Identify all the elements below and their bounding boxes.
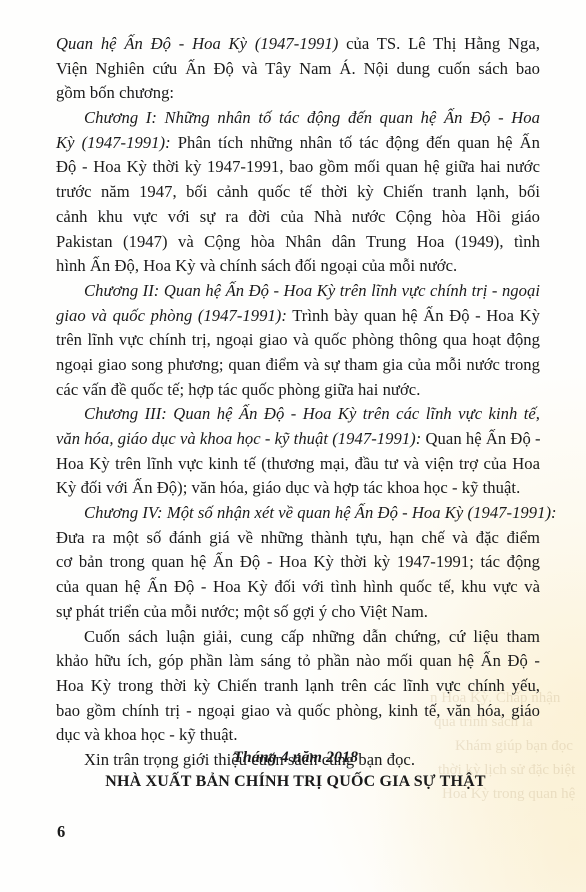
text-run: ngoại giao song phương; quan điểm và sự … bbox=[56, 355, 540, 374]
paragraph-chapter-4: Chương IV: Một số nhận xét về quan hệ Ấn… bbox=[56, 501, 540, 624]
text-line: cơ bản trong quan hệ Ấn Độ - Hoa Kỳ thời… bbox=[56, 550, 540, 575]
text-line: Kỳ (1947-1991): Phân tích những nhân tố … bbox=[56, 131, 540, 156]
text-run: sự phát triển của mỗi nước; một số gợi ý… bbox=[56, 602, 428, 621]
book-page: n Hoa Kỳ. Chấp nhận quá trình sách là Kh… bbox=[0, 0, 586, 892]
text-run: trên lĩnh vực chính trị, ngoại giao và q… bbox=[56, 330, 540, 349]
text-line: khảo hữu ích, góp phần làm sáng tỏ phần … bbox=[56, 649, 540, 674]
text-run: bao gồm chính trị - ngoại giao và quốc p… bbox=[56, 701, 540, 720]
publisher-name: NHÀ XUẤT BẢN CHÍNH TRỊ QUỐC GIA SỰ THẬT bbox=[0, 773, 586, 791]
italic-run: Chương IV: Một số nhận xét về quan hệ Ấn… bbox=[84, 503, 557, 522]
text-line: ngoại giao song phương; quan điểm và sự … bbox=[56, 353, 540, 378]
text-line: của quan hệ Ấn Độ - Hoa Kỳ đối với tình … bbox=[56, 575, 540, 600]
text-run: dục và khoa học - kỹ thuật. bbox=[56, 725, 238, 744]
text-line: Cuốn sách luận giải, cung cấp những dẫn … bbox=[56, 625, 540, 650]
italic-run: Kỳ (1947-1991): bbox=[56, 133, 171, 152]
text-line: Hoa Kỳ trên lĩnh vực kinh tế (thương mại… bbox=[56, 452, 540, 477]
paragraph-chapter-1: Chương I: Những nhân tố tác động đến qua… bbox=[56, 106, 540, 279]
text-line: bao gồm chính trị - ngoại giao và quốc p… bbox=[56, 699, 540, 724]
text-line: Hoa Kỳ trong thời kỳ Chiến tranh lạnh tr… bbox=[56, 674, 540, 699]
text-line: Độ - Hoa Kỳ thời kỳ 1947-1991, bao gồm m… bbox=[56, 155, 540, 180]
text-line: Quan hệ Ấn Độ - Hoa Kỳ (1947-1991) của T… bbox=[56, 32, 540, 57]
text-run: của TS. Lê Thị Hằng Nga, bbox=[338, 34, 540, 53]
text-line: Viện Nghiên cứu Ấn Độ và Tây Nam Á. Nội … bbox=[56, 57, 540, 82]
text-run: Hoa Kỳ trên lĩnh vực kinh tế (thương mại… bbox=[56, 454, 540, 473]
text-run: cảnh khu vực với sự ra đời của Nhà nước … bbox=[56, 207, 540, 226]
text-line: hình Ấn Độ, Hoa Kỳ và chính sách đối ngo… bbox=[56, 254, 540, 279]
text-line: Chương I: Những nhân tố tác động đến qua… bbox=[56, 106, 540, 131]
italic-run: Chương III: Quan hệ Ấn Độ - Hoa Kỳ trên … bbox=[84, 404, 540, 423]
text-run: hình Ấn Độ, Hoa Kỳ và chính sách đối ngo… bbox=[56, 256, 457, 275]
italic-run: Chương I: Những nhân tố tác động đến qua… bbox=[84, 108, 540, 127]
text-line: Chương II: Quan hệ Ấn Độ - Hoa Kỳ trên l… bbox=[56, 279, 540, 304]
text-run: Quan hệ Ấn Độ - bbox=[421, 429, 540, 448]
text-line: văn hóa, giáo dục và khoa học - kỹ thuật… bbox=[56, 427, 540, 452]
text-run: Độ - Hoa Kỳ thời kỳ 1947-1991, bao gồm m… bbox=[56, 157, 540, 176]
text-run: trước năm 1947, bối cảnh quốc tế thời kỳ… bbox=[56, 182, 540, 201]
text-line: Kỳ đối với Ấn Độ); văn hóa, giáo dục và … bbox=[56, 476, 540, 501]
text-run: Phân tích những nhân tố tác động đến qua… bbox=[171, 133, 540, 152]
text-line: gồm bốn chương: bbox=[56, 81, 540, 106]
italic-run: Chương II: Quan hệ Ấn Độ - Hoa Kỳ trên l… bbox=[84, 281, 540, 300]
paragraph-intro: Quan hệ Ấn Độ - Hoa Kỳ (1947-1991) của T… bbox=[56, 32, 540, 106]
text-line: Đưa ra một số đánh giá về những thành tự… bbox=[56, 526, 540, 551]
text-run: Kỳ đối với Ấn Độ); văn hóa, giáo dục và … bbox=[56, 478, 520, 497]
page-number: 6 bbox=[57, 822, 65, 842]
signature-date: Tháng 4 năm 2018 bbox=[0, 749, 586, 767]
italic-run: Quan hệ Ấn Độ - Hoa Kỳ (1947-1991) bbox=[56, 34, 338, 53]
text-line: cảnh khu vực với sự ra đời của Nhà nước … bbox=[56, 205, 540, 230]
text-line: sự phát triển của mỗi nước; một số gợi ý… bbox=[56, 600, 540, 625]
text-run: gồm bốn chương: bbox=[56, 83, 174, 102]
text-run: Viện Nghiên cứu Ấn Độ và Tây Nam Á. Nội … bbox=[56, 59, 540, 78]
text-line: dục và khoa học - kỹ thuật. bbox=[56, 723, 540, 748]
text-run: Hoa Kỳ trong thời kỳ Chiến tranh lạnh tr… bbox=[56, 676, 540, 695]
paragraph-chapter-3: Chương III: Quan hệ Ấn Độ - Hoa Kỳ trên … bbox=[56, 402, 540, 501]
paragraph-chapter-2: Chương II: Quan hệ Ấn Độ - Hoa Kỳ trên l… bbox=[56, 279, 540, 402]
text-run: các vấn đề quốc tế; hợp tác quốc phòng g… bbox=[56, 380, 420, 399]
text-run: cơ bản trong quan hệ Ấn Độ - Hoa Kỳ thời… bbox=[56, 552, 540, 571]
body-text: Quan hệ Ấn Độ - Hoa Kỳ (1947-1991) của T… bbox=[56, 32, 540, 773]
text-run: Trình bày quan hệ Ấn Độ - Hoa Kỳ bbox=[287, 306, 540, 325]
text-line: giao và quốc phòng (1947-1991): Trình bà… bbox=[56, 304, 540, 329]
text-line: Chương IV: Một số nhận xét về quan hệ Ấn… bbox=[56, 501, 540, 526]
italic-run: văn hóa, giáo dục và khoa học - kỹ thuật… bbox=[56, 429, 421, 448]
text-run: Pakistan (1947) và Cộng hòa Nhân dân Tru… bbox=[56, 232, 540, 251]
italic-run: giao và quốc phòng (1947-1991): bbox=[56, 306, 287, 325]
text-line: Chương III: Quan hệ Ấn Độ - Hoa Kỳ trên … bbox=[56, 402, 540, 427]
text-line: trên lĩnh vực chính trị, ngoại giao và q… bbox=[56, 328, 540, 353]
text-run: khảo hữu ích, góp phần làm sáng tỏ phần … bbox=[56, 651, 540, 670]
text-run: Cuốn sách luận giải, cung cấp những dẫn … bbox=[84, 627, 540, 646]
text-run: Đưa ra một số đánh giá về những thành tự… bbox=[56, 528, 540, 547]
text-line: Pakistan (1947) và Cộng hòa Nhân dân Tru… bbox=[56, 230, 540, 255]
paragraph-summary: Cuốn sách luận giải, cung cấp những dẫn … bbox=[56, 625, 540, 748]
text-line: trước năm 1947, bối cảnh quốc tế thời kỳ… bbox=[56, 180, 540, 205]
text-run: của quan hệ Ấn Độ - Hoa Kỳ đối với tình … bbox=[56, 577, 540, 596]
text-line: các vấn đề quốc tế; hợp tác quốc phòng g… bbox=[56, 378, 540, 403]
